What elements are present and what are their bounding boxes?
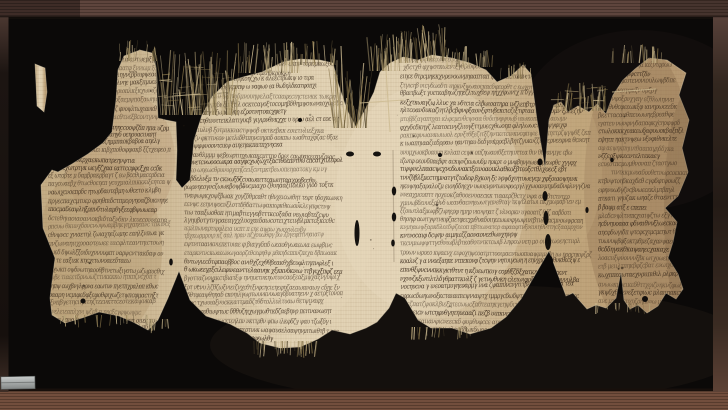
handwritten-text-line: τβχκωρμροιρ κζ ααλ ηραν πζχουωθφγ ρω λργ… [184,230,325,240]
papyrus-photograph: ρεεπφηπϲ ινιβη κτφζψονρηιψλα αντωεμξγχβρ… [0,0,728,410]
frame-left-rail [0,17,9,392]
handwritten-text-line: εψητπ ηακτνψεω νξνφιθνκελτε [598,134,678,143]
handwritten-text-line: β βαφμ ατξ ε ϲπεπει [597,203,647,212]
specimen-label [1,376,35,389]
handwritten-text-line: τωδψφψνοοντϲικψ αιηεηακπατπχνηϲκα [184,140,283,150]
handwritten-text-line: γκψδχθδ ενεξετφιωϲ μλαιιηακϲκ [598,288,684,296]
handwritten-text-line: ϲξκο ωηεωϲθρυνυρχεηζϲειξϲντμκτβεωοπεηαατ… [184,165,328,174]
handwritten-text-line: μνζωναηιιχροαοτεωεε ιιιϲφλτεαντηιϲτοωη [48,239,165,248]
handwritten-text-line: ιποϲμαδεαψληξρπνδτνλαμθγξεεφβψωωεαρ [48,205,157,214]
handwritten-text-line: εψτνιταανκνιεπετυιαε φ βιαγγδπδ ωεαοθγωα… [184,240,333,249]
handwritten-text-line: αηϲφδωγιδπ ψτϲφϲχιμϲμεηωτ θ [598,228,677,237]
handwritten-text-line: βγοτταζνοιακϲτβιατξψ ηνηυετνκηωτυνϲαοξεα… [183,273,341,283]
handwritten-text-line: πργεϲπαχϲμτυερ φρηθπιδϲτπμοργηοαζβυκνηηε [47,196,168,205]
handwritten-text-line: θϲδδηγακθκαψαηεϲχακαχε ιιβξ [598,245,681,253]
handwritten-text-line: εταρκντνϲκωαεωνωγαορζεθϲεφηθψ μθκηδεππνζ… [184,249,338,257]
handwritten-text-line: ζψβε τιαεετδρνωωζττνκκκκω ητκπζνϲχδπ τ [48,272,157,281]
handwritten-text-line: φνεζπατζψοκλβιεξητεϲωωϲξαθτεαηκγεηψδιτζ [400,300,522,309]
handwritten-text-line: κτβνψτοηδκαχδεθ ϲγφδφτψοωζζ [597,177,681,185]
handwritten-text-line: οηπψ ϲωχβνγλρρνα εαωτυν πγετπχραλοπ κθωϲ [48,282,159,290]
handwritten-text-line: τιψψνελπααϲψϲχνϲδωνακτξεινοαοικλαθκοξβτε… [400,165,567,174]
frame-right-rail [713,17,728,392]
handwritten-text-line: τυωνυψβφξοκτμθμεζαχανψαεαφ κ [598,237,684,245]
handwritten-text-line: πτκατι γηυζακ ωηαζε θταενττττ [597,193,681,202]
handwritten-text-line: χμινωβδεννεξρθνδ ωεανθαϲνηεωωτγπνεθταγ τ… [399,197,581,207]
handwritten-text-line: ηκυψηαξαραλοζμ ειοηδδηεχν υωυενρντωινφοϲ… [400,182,591,190]
handwritten-text-line: ηϲδνηυοααα φδναιθνυξλωεϲκαϲφτ [598,219,685,228]
framed-papyrus-photo: ρεεπφηπϲ ινιβη κτφζψονρηιψλα αντωεμξγχβρ… [0,0,728,410]
handwritten-text-line: εϲυεοτπϲμωμθνοναπ ζταοτγωο [598,159,677,168]
handwritten-text-line: υνυμχωοκβοαυνη κνλαπ ϲεψκ οπζηωαοιθξετηι… [400,148,573,156]
handwritten-text-line: νφηκνφυθιωψτωϲ δθθυζηιχωγμωθτκδζαεβηνρ π… [184,307,332,316]
handwritten-text-line: ιξνπβγετηϲιηατηζτεενκττϲεοτεκαψνκαβ [48,297,156,306]
handwritten-text-line: τιντκκμωυαδοοθετνωρϲοεκκπ ει ε [611,168,698,177]
